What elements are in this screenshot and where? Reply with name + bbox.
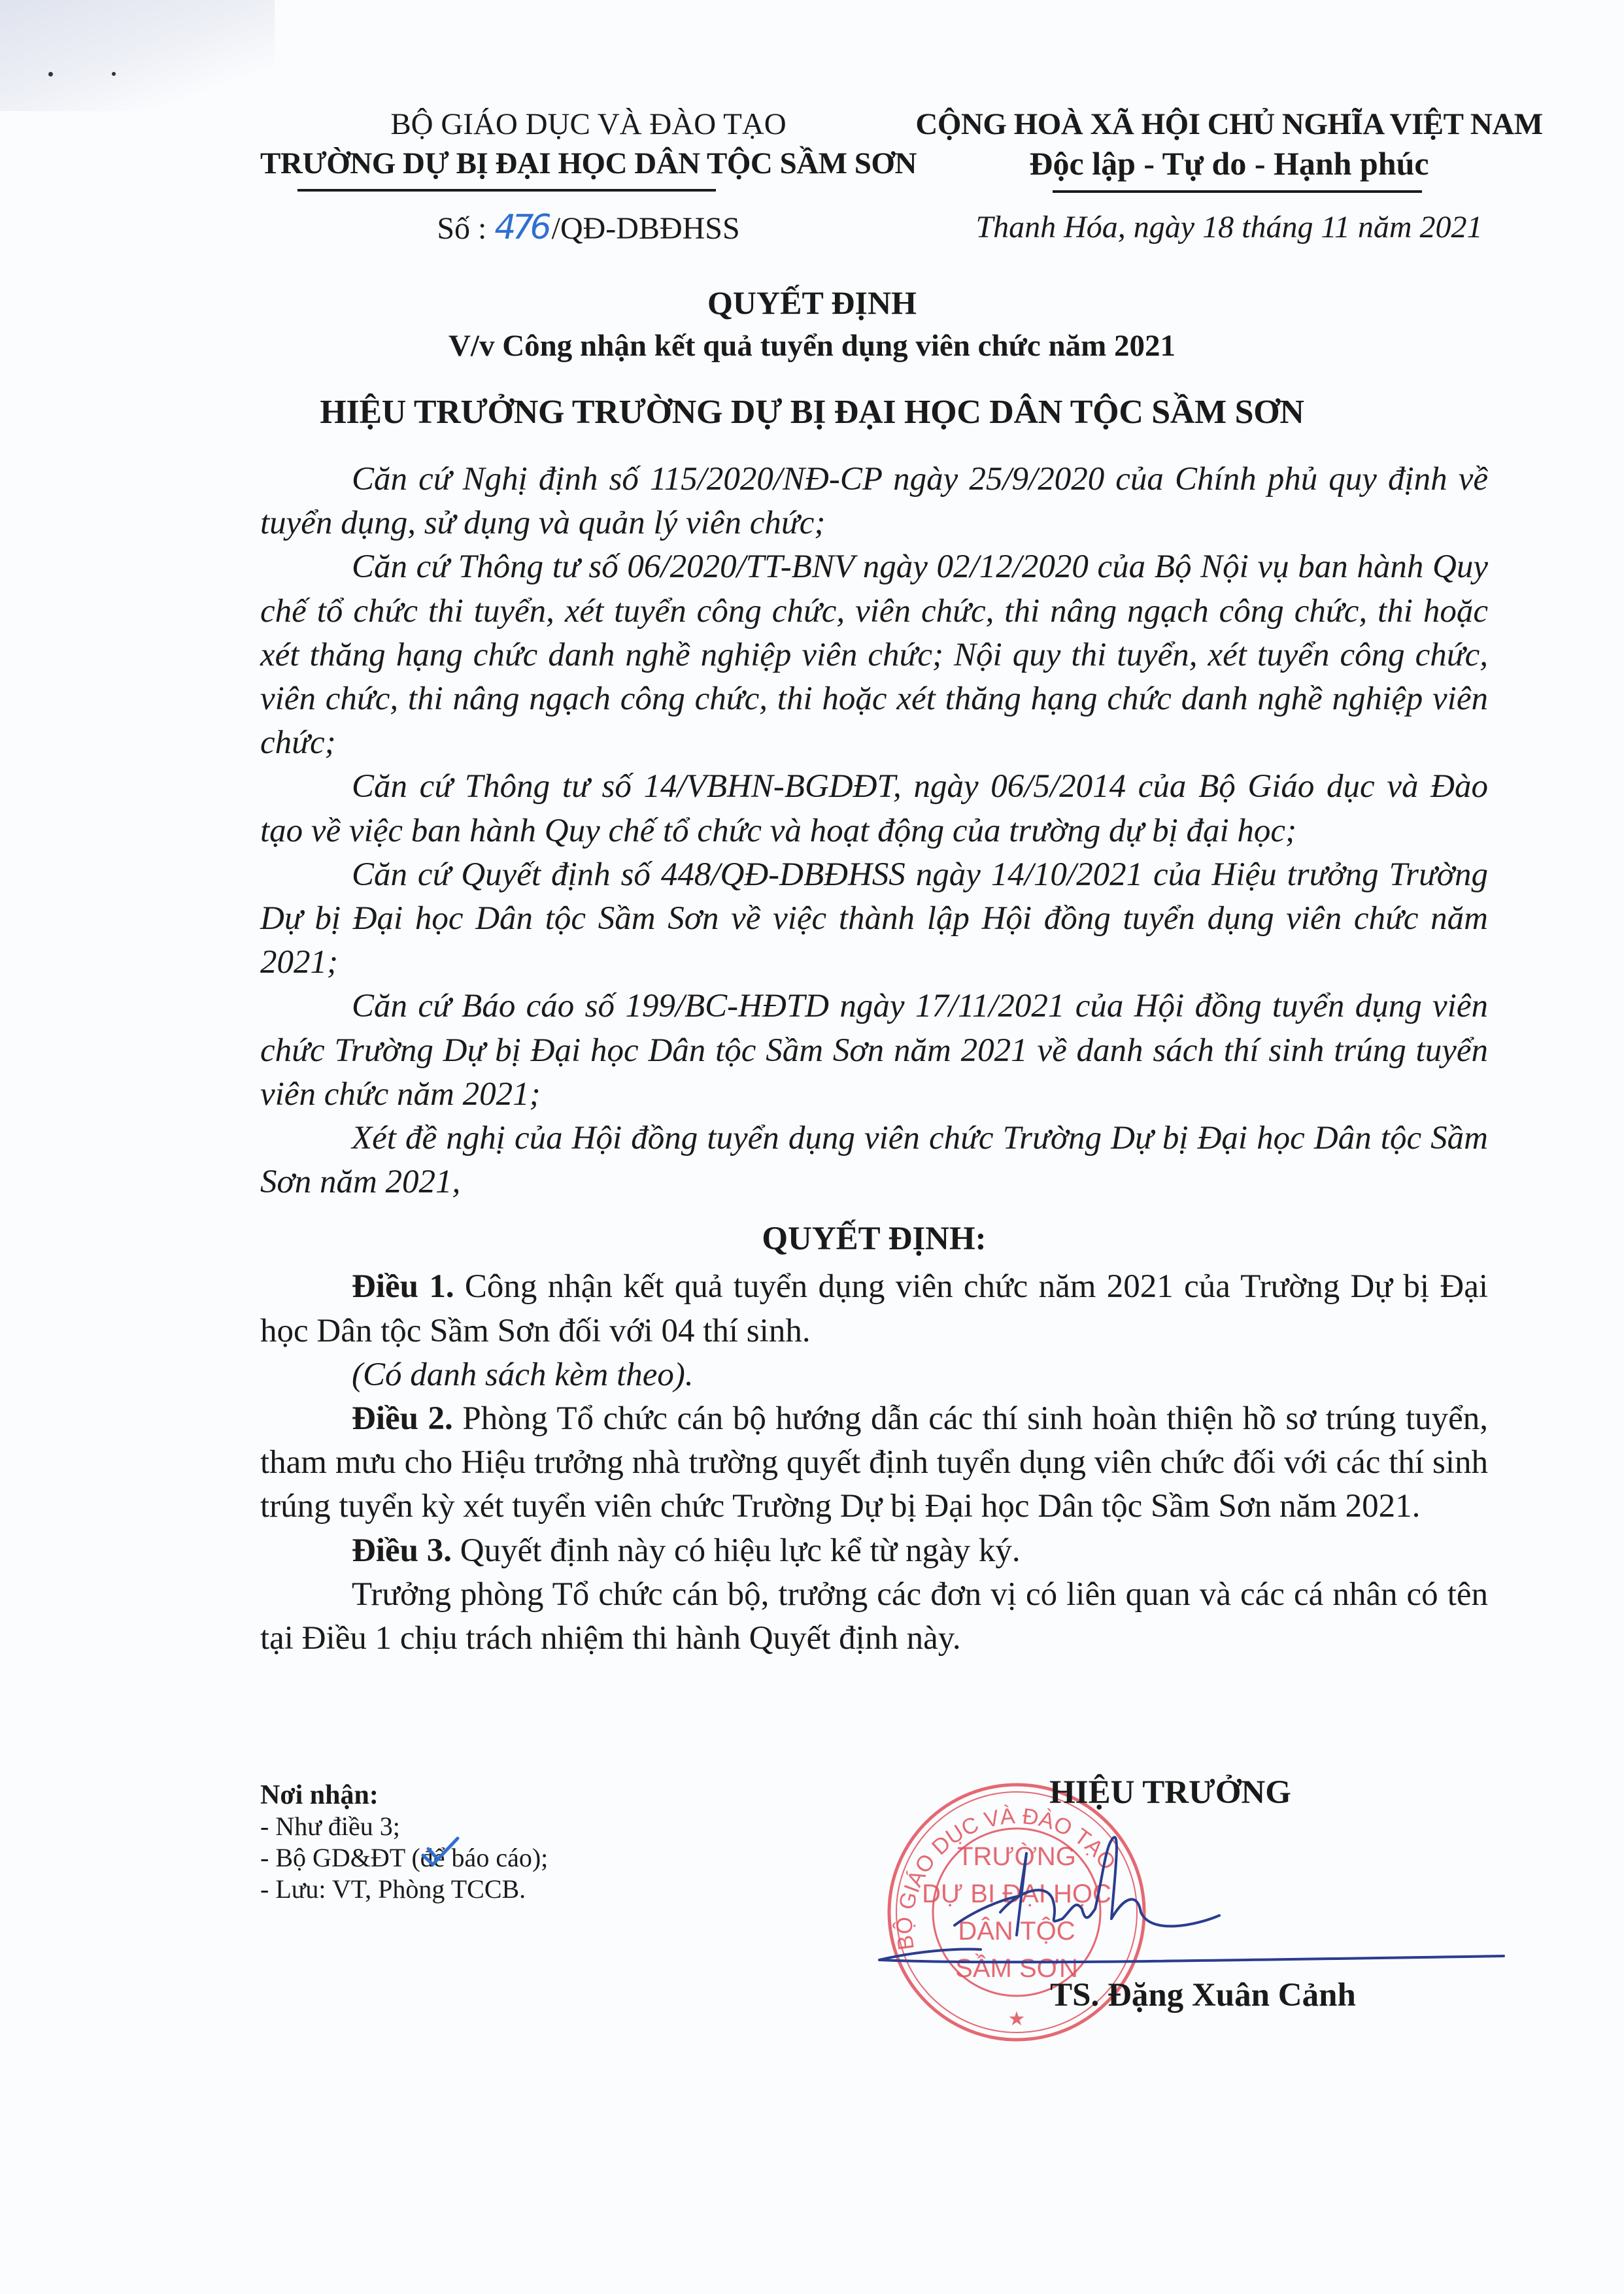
decision-heading: QUYẾT ĐỊNH: xyxy=(260,1217,1488,1261)
country-name: CỘNG HOÀ XÃ HỘI CHỦ NGHĨA VIỆT NAM xyxy=(870,105,1589,144)
signer-title: HIỆU TRƯỞNG xyxy=(1020,1772,1321,1813)
scan-speck xyxy=(48,72,53,76)
preamble-clause: Căn cứ Thông tư số 14/VBHN-BGDĐT, ngày 0… xyxy=(260,765,1488,852)
place-date: Thanh Hóa, ngày 18 tháng 11 năm 2021 xyxy=(870,208,1589,247)
scan-speck xyxy=(112,72,116,76)
motto-underline xyxy=(1053,190,1422,193)
school-name: TRƯỜNG DỰ BỊ ĐẠI HỌC DÂN TỘC SẦM SƠN xyxy=(216,144,961,183)
preamble-clause: Xét đề nghị của Hội đồng tuyển dụng viên… xyxy=(260,1117,1488,1204)
article-2: Điều 2. Phòng Tổ chức cán bộ hướng dẫn c… xyxy=(260,1397,1488,1529)
article-3: Điều 3. Quyết định này có hiệu lực kể từ… xyxy=(260,1529,1488,1573)
agency-underline xyxy=(297,189,716,192)
svg-text:DỰ BỊ ĐẠI HỌC: DỰ BỊ ĐẠI HỌC xyxy=(922,1880,1111,1908)
document-title: QUYẾT ĐỊNH xyxy=(0,282,1624,323)
issuing-authority: HIỆU TRƯỞNG TRƯỜNG DỰ BỊ ĐẠI HỌC DÂN TỘC… xyxy=(0,391,1624,434)
article-text: Quyết định này có hiệu lực kể từ ngày ký… xyxy=(452,1532,1021,1569)
document-number-suffix: /QĐ-DBĐHSS xyxy=(552,211,740,246)
handwritten-number: 476 xyxy=(494,208,547,247)
signer-name: TS. Đặng Xuân Cảnh xyxy=(968,1974,1438,2016)
national-motto: Độc lập - Tự do - Hạnh phúc xyxy=(870,144,1589,183)
document-number-prefix: Số : xyxy=(437,211,486,246)
article-label: Điều 1. xyxy=(352,1268,454,1305)
recipient-item: - Bộ GD&ĐT (để báo cáo); xyxy=(260,1842,548,1874)
scan-shadow xyxy=(0,0,275,111)
stamp-inner-text: TRƯỜNG DỰ BỊ ĐẠI HỌC DÂN TỘC SẦM SƠN xyxy=(922,1842,1111,1983)
ministry-name: BỘ GIÁO DỤC VÀ ĐÀO TẠO xyxy=(216,105,961,144)
attachment-note: (Có danh sách kèm theo). xyxy=(260,1353,1488,1397)
document-body: Căn cứ Nghị định số 115/2020/NĐ-CP ngày … xyxy=(260,458,1488,1661)
issuing-agency: BỘ GIÁO DỤC VÀ ĐÀO TẠO TRƯỜNG DỰ BỊ ĐẠI … xyxy=(216,105,961,183)
national-heading: CỘNG HOÀ XÃ HỘI CHỦ NGHĨA VIỆT NAM Độc l… xyxy=(870,105,1589,183)
svg-text:TRƯỜNG: TRƯỜNG xyxy=(957,1842,1076,1871)
preamble-clause: Căn cứ Quyết định số 448/QĐ-DBĐHSS ngày … xyxy=(260,853,1488,985)
preamble-clause: Căn cứ Báo cáo số 199/BC-HĐTD ngày 17/11… xyxy=(260,985,1488,1117)
recipient-item: - Như điều 3; xyxy=(260,1811,548,1842)
document-subject: V/v Công nhận kết quả tuyển dụng viên ch… xyxy=(0,326,1624,366)
preamble-clause: Căn cứ Thông tư số 06/2020/TT-BNV ngày 0… xyxy=(260,545,1488,765)
recipients-heading: Nơi nhận: xyxy=(260,1780,548,1811)
svg-text:DÂN TỘC: DÂN TỘC xyxy=(958,1916,1075,1946)
recipient-item: - Lưu: VT, Phòng TCCB. xyxy=(260,1874,548,1905)
article-1: Điều 1. Công nhận kết quả tuyển dụng viê… xyxy=(260,1265,1488,1353)
article-label: Điều 2. xyxy=(352,1400,453,1437)
article-label: Điều 3. xyxy=(352,1532,452,1569)
handwritten-signature xyxy=(879,1837,1504,1962)
preamble-clause: Căn cứ Nghị định số 115/2020/NĐ-CP ngày … xyxy=(260,458,1488,545)
execution-clause: Trưởng phòng Tổ chức cán bộ, trưởng các … xyxy=(260,1573,1488,1661)
stamp-outer-text: BỘ GIÁO DỤC VÀ ĐÀO TẠO xyxy=(892,1804,1121,1951)
document-number: Số : 476/QĐ-DBĐHSS xyxy=(216,208,961,248)
recipients-block: Nơi nhận: - Như điều 3; - Bộ GD&ĐT (để b… xyxy=(260,1780,548,1905)
